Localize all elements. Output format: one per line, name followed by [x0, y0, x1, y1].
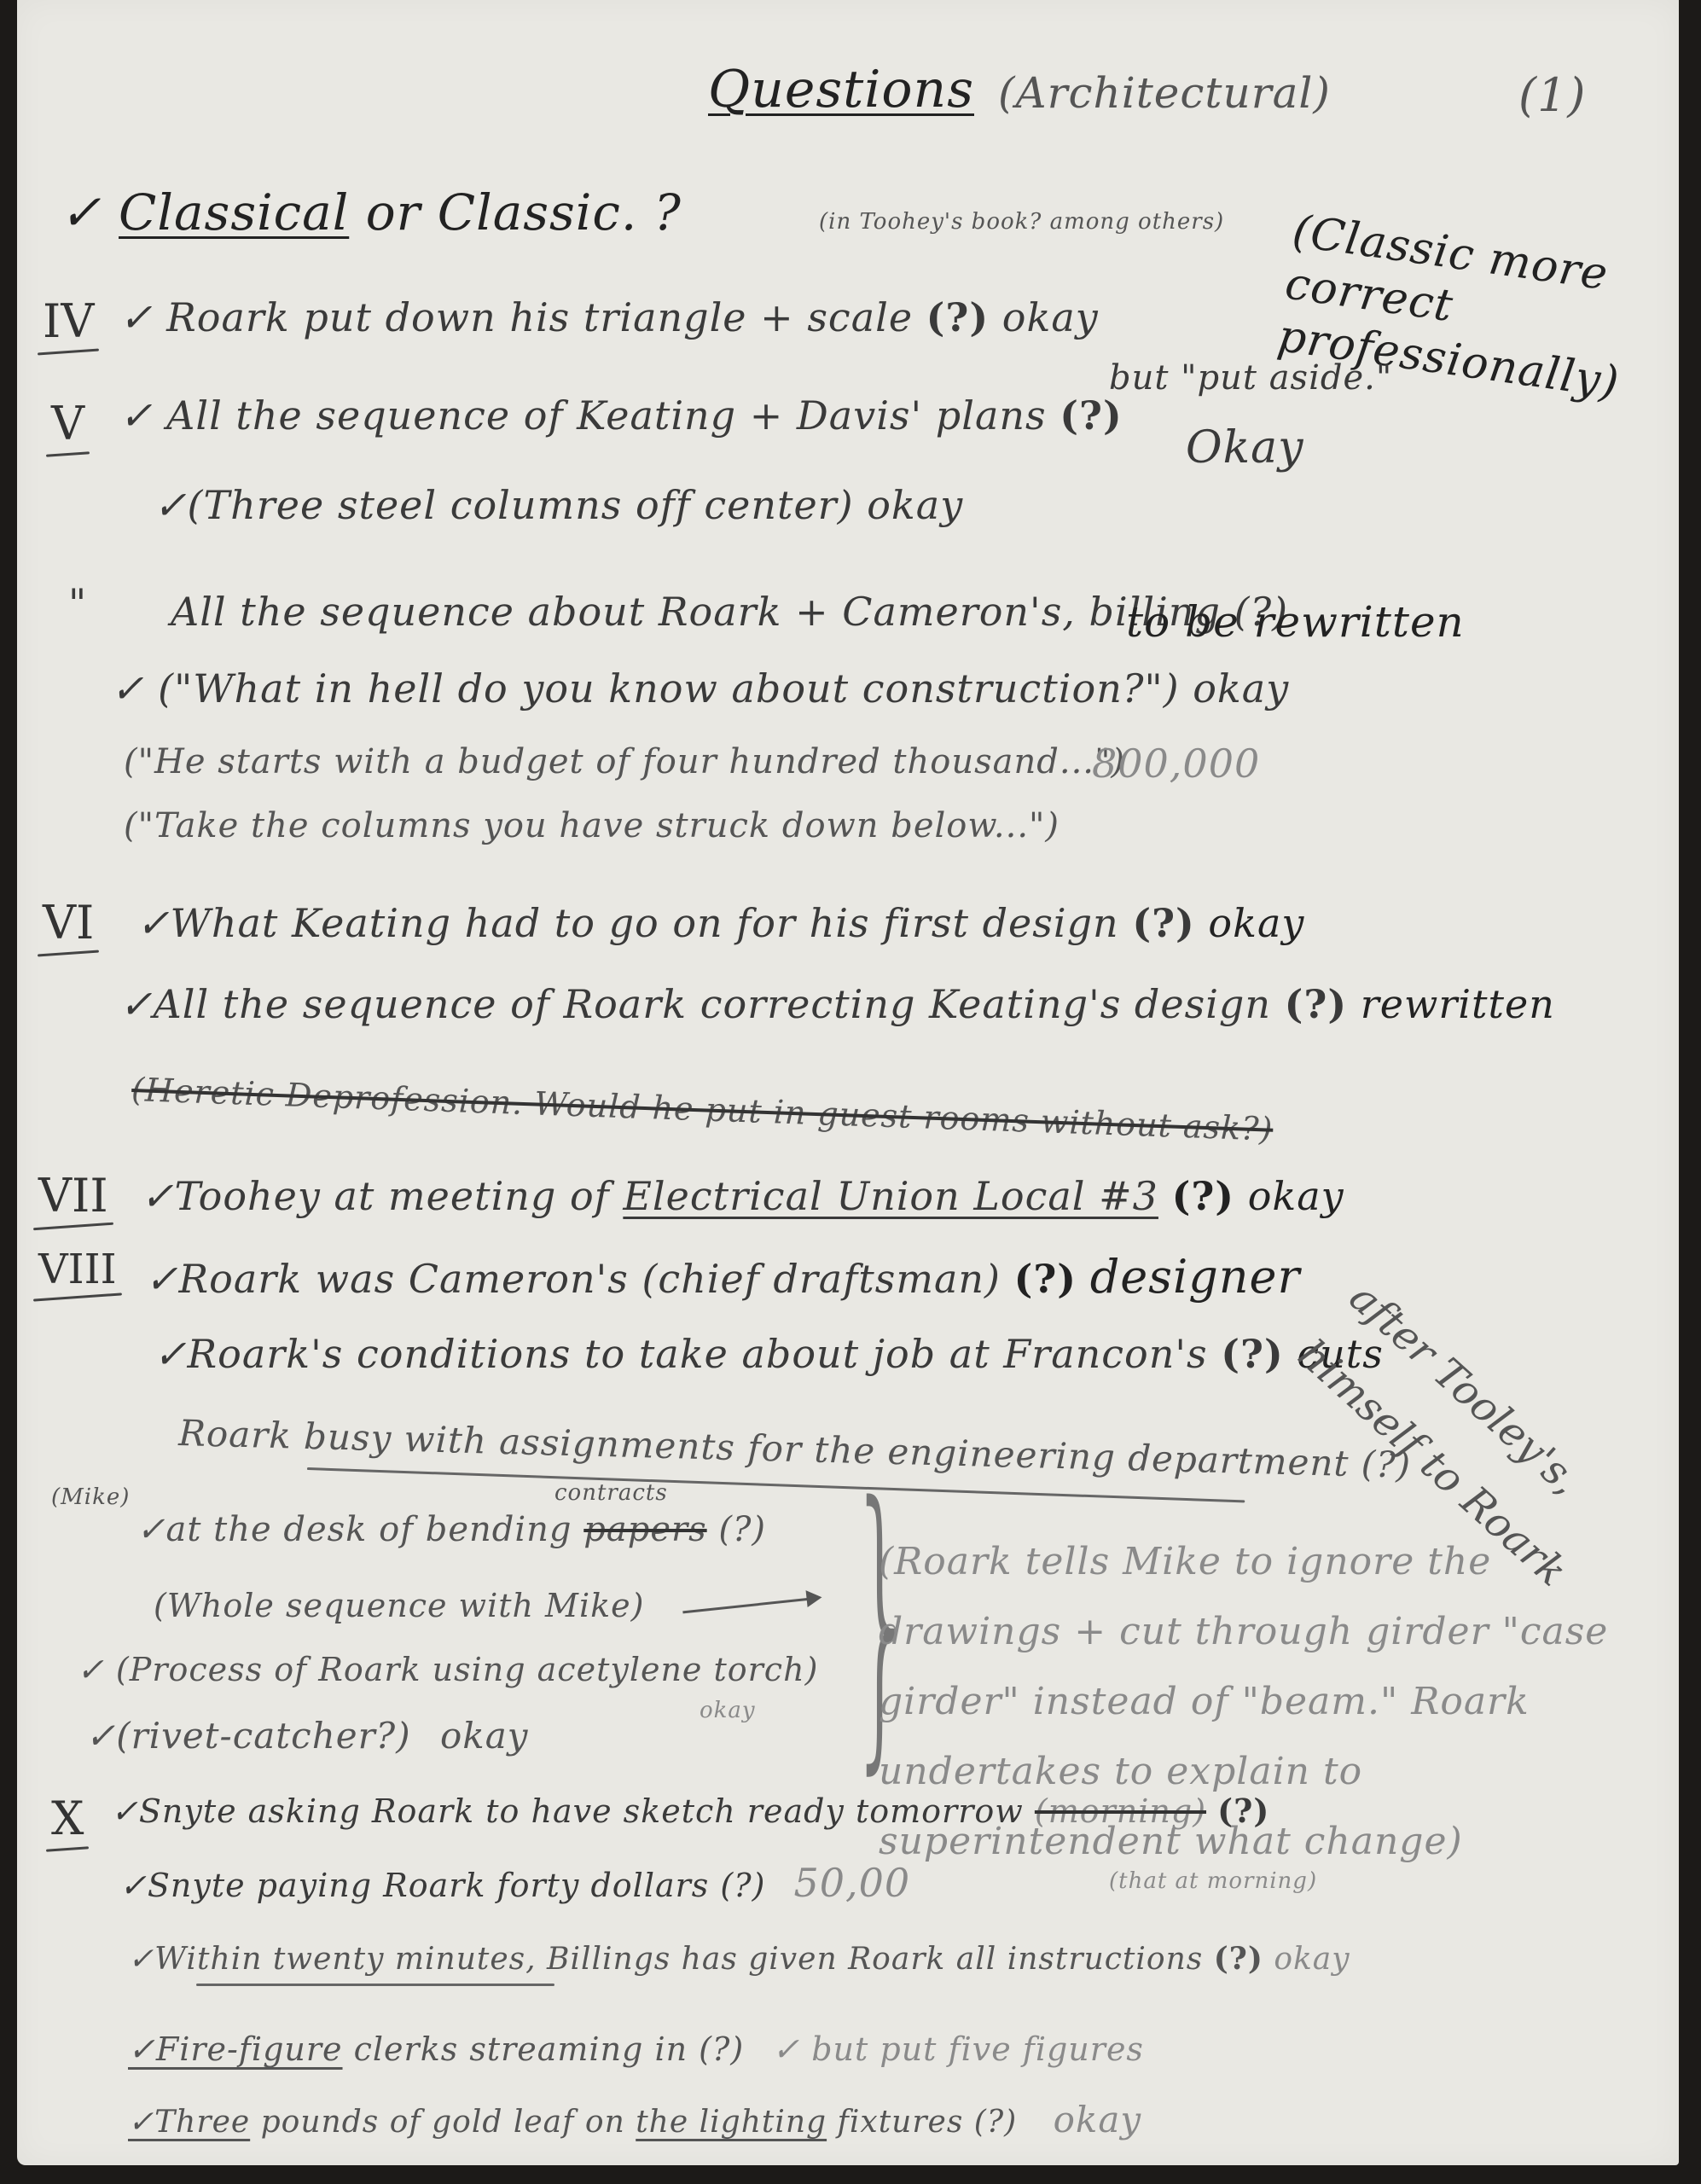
line-16: ✓at the desk of bending papers (?) [136, 1510, 766, 1549]
line-15: Roark busy with assignments for the engi… [178, 1412, 1412, 1486]
page-title: Questions [708, 60, 974, 119]
line-23: ✓Fire-figure clerks streaming in (?) ✓ b… [128, 2030, 1144, 2068]
insert-contracts: contracts [554, 1480, 668, 1506]
line-12: ✓Toohey at meeting of Electrical Union L… [141, 1173, 1344, 1219]
line-3-answer: Okay [1186, 422, 1304, 473]
line-2-insert: but "put aside." [1109, 358, 1392, 398]
struck-line-11: (Heretic Deprofession. Would he put in g… [131, 1071, 1274, 1148]
manuscript-page: Questions (Architectural) (1) ✓ Classica… [17, 0, 1679, 2165]
roman-numeral-vi: VI [43, 896, 94, 950]
roman-numeral-v: V [51, 397, 84, 450]
margin-note-mike: (Mike) [51, 1484, 130, 1510]
line-20: ✓Snyte asking Roark to have sketch ready… [111, 1792, 1269, 1830]
line-21-note: (that at morning) [1109, 1868, 1317, 1894]
union-local-underlined: Electrical Union Local #3 [623, 1173, 1158, 1219]
crossed-question-mark: (?) [1014, 1256, 1077, 1302]
line-24: ✓Three pounds of gold leaf on the lighti… [128, 2099, 1141, 2140]
line-2: ✓ Roark put down his triangle + scale (?… [119, 294, 1099, 340]
page-subtitle: (Architectural) [998, 68, 1331, 118]
line-5: All the sequence about Roark + Cameron's… [171, 589, 1288, 635]
page-number: (1) [1518, 68, 1587, 122]
line-21: ✓Snyte paying Roark forty dollars (?) 50… [119, 1860, 910, 1906]
lighting-underlined: the lighting [636, 2105, 827, 2140]
line-17: (Whole sequence with Mike) [154, 1587, 644, 1624]
line-1: ✓ Classical or Classic. ? [60, 183, 682, 241]
line-4: ✓(Three steel columns off center) okay [154, 482, 963, 528]
crossed-question-mark: (?) [1132, 900, 1194, 946]
crossed-question-mark: (?) [1221, 1331, 1283, 1377]
line-18: ✓ (Process of Roark using acetylene torc… [77, 1651, 818, 1688]
roman-numeral-viii: VIII [38, 1246, 117, 1293]
crossed-question-mark: (?) [1285, 981, 1347, 1027]
arrow-to-bracket [682, 1597, 818, 1614]
crossed-question-mark: (?) [926, 294, 989, 340]
roman-numeral-vii: VII [38, 1169, 108, 1223]
classic-question: or Classic. ? [366, 183, 682, 241]
line-3: ✓ All the sequence of Keating + Davis' p… [119, 392, 1123, 439]
line-19-answer-2: okay [700, 1698, 756, 1723]
ditto-mark: " [68, 580, 87, 626]
three-underlined: ✓Three [128, 2105, 250, 2140]
roman-numeral-x: X [51, 1792, 84, 1845]
classical-word: Classical [119, 183, 349, 241]
line-6: ✓ ("What in hell do you know about const… [111, 665, 1289, 712]
crossed-question-mark: (?) [1059, 392, 1122, 439]
line-10: ✓All the sequence of Roark correcting Ke… [119, 981, 1555, 1027]
crossed-question-mark: (?) [1214, 1941, 1263, 1977]
roman-numeral-iv: IV [43, 294, 94, 348]
line-5-answer: to be rewritten [1126, 597, 1465, 647]
line-8: ("Take the columns you have struck down … [124, 806, 1059, 845]
line-1-note: (in Toohey's book? among others) [819, 209, 1224, 235]
line-22: ✓Within twenty minutes, Billings has giv… [128, 1941, 1350, 1977]
check-mark: ✓ [60, 183, 102, 241]
line-7: ("He starts with a budget of four hundre… [124, 742, 1125, 781]
fire-figure-underlined: ✓Fire-figure [128, 2030, 343, 2068]
line-7-answer: 800,000 [1092, 741, 1260, 787]
crossed-question-mark: (?) [1172, 1173, 1234, 1219]
crossed-question-mark: (?) [1217, 1792, 1269, 1830]
line-19: ✓(rivet-catcher?) okay [85, 1715, 528, 1757]
underline-twenty-minutes [196, 1984, 554, 1986]
struck-papers: papers [583, 1510, 706, 1549]
line-13: ✓Roark was Cameron's (chief draftsman) (… [145, 1250, 1300, 1304]
line-14: ✓Roark's conditions to take about job at… [154, 1331, 1384, 1377]
line-9: ✓What Keating had to go on for his first… [136, 900, 1304, 946]
